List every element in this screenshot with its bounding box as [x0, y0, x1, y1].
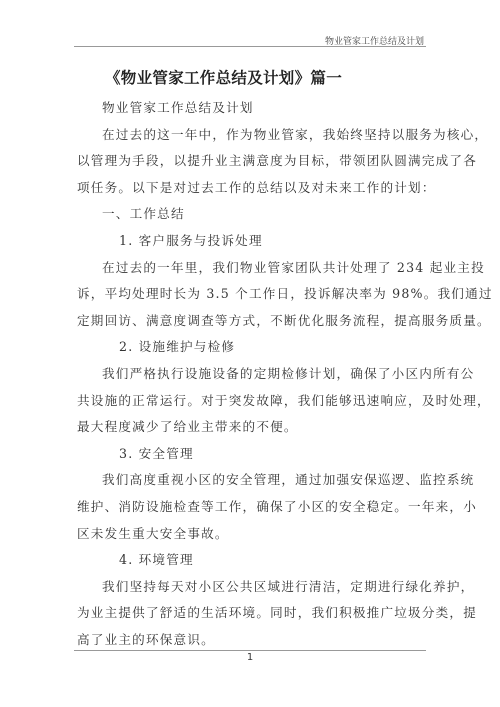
paragraph-line: 我们高度重视小区的安全管理，通过加强安保巡逻、监控系统: [77, 467, 427, 494]
paragraph-line: 项任务。以下是对过去工作的总结以及对未来工作的计划：: [77, 175, 427, 202]
paragraph-line: 在过去的一年里，我们物业管家团队共计处理了 234 起业主投: [77, 255, 427, 282]
paragraph-line: 区未发生重大安全事故。: [77, 521, 427, 548]
header-divider: [74, 46, 426, 47]
paragraph-line: 诉，平均处理时长为 3.5 个工作日，投诉解决率为 98%。我们通过: [77, 281, 427, 308]
section-heading: 一、工作总结: [77, 201, 427, 228]
page-number: 1: [0, 652, 500, 663]
subsection-heading: 1. 客户服务与投诉处理: [77, 228, 427, 255]
paragraph-line: 以管理为手段，以提升业主满意度为目标，带领团队圆满完成了各: [77, 148, 427, 175]
paragraph-line: 在过去的这一年中，作为物业管家，我始终坚持以服务为核心，: [77, 122, 427, 149]
paragraph-line: 为业主提供了舒适的生活环境。同时，我们积极推广垃圾分类，提: [77, 600, 427, 627]
paragraph-line: 我们坚持每天对小区公共区域进行清洁，定期进行绿化养护，: [77, 574, 427, 601]
document-title: 《物业管家工作总结及计划》篇一: [105, 66, 342, 88]
paragraph-line: 最大程度减少了给业主带来的不便。: [77, 414, 427, 441]
footer-divider: [74, 650, 426, 651]
subsection-heading: 2. 设施维护与检修: [77, 334, 427, 361]
subtitle-line: 物业管家工作总结及计划: [77, 95, 427, 122]
subsection-heading: 3. 安全管理: [77, 441, 427, 468]
document-body: 物业管家工作总结及计划 在过去的这一年中，作为物业管家，我始终坚持以服务为核心，…: [77, 95, 427, 653]
paragraph-line: 定期回访、满意度调查等方式，不断优化服务流程，提高服务质量。: [77, 308, 427, 335]
paragraph-line: 维护、消防设施检查等工作，确保了小区的安全稳定。一年来，小: [77, 494, 427, 521]
paragraph-line: 我们严格执行设施设备的定期检修计划，确保了小区内所有公: [77, 361, 427, 388]
paragraph-line: 共设施的正常运行。对于突发故障，我们能够迅速响应，及时处理，: [77, 388, 427, 415]
subsection-heading: 4. 环境管理: [77, 547, 427, 574]
